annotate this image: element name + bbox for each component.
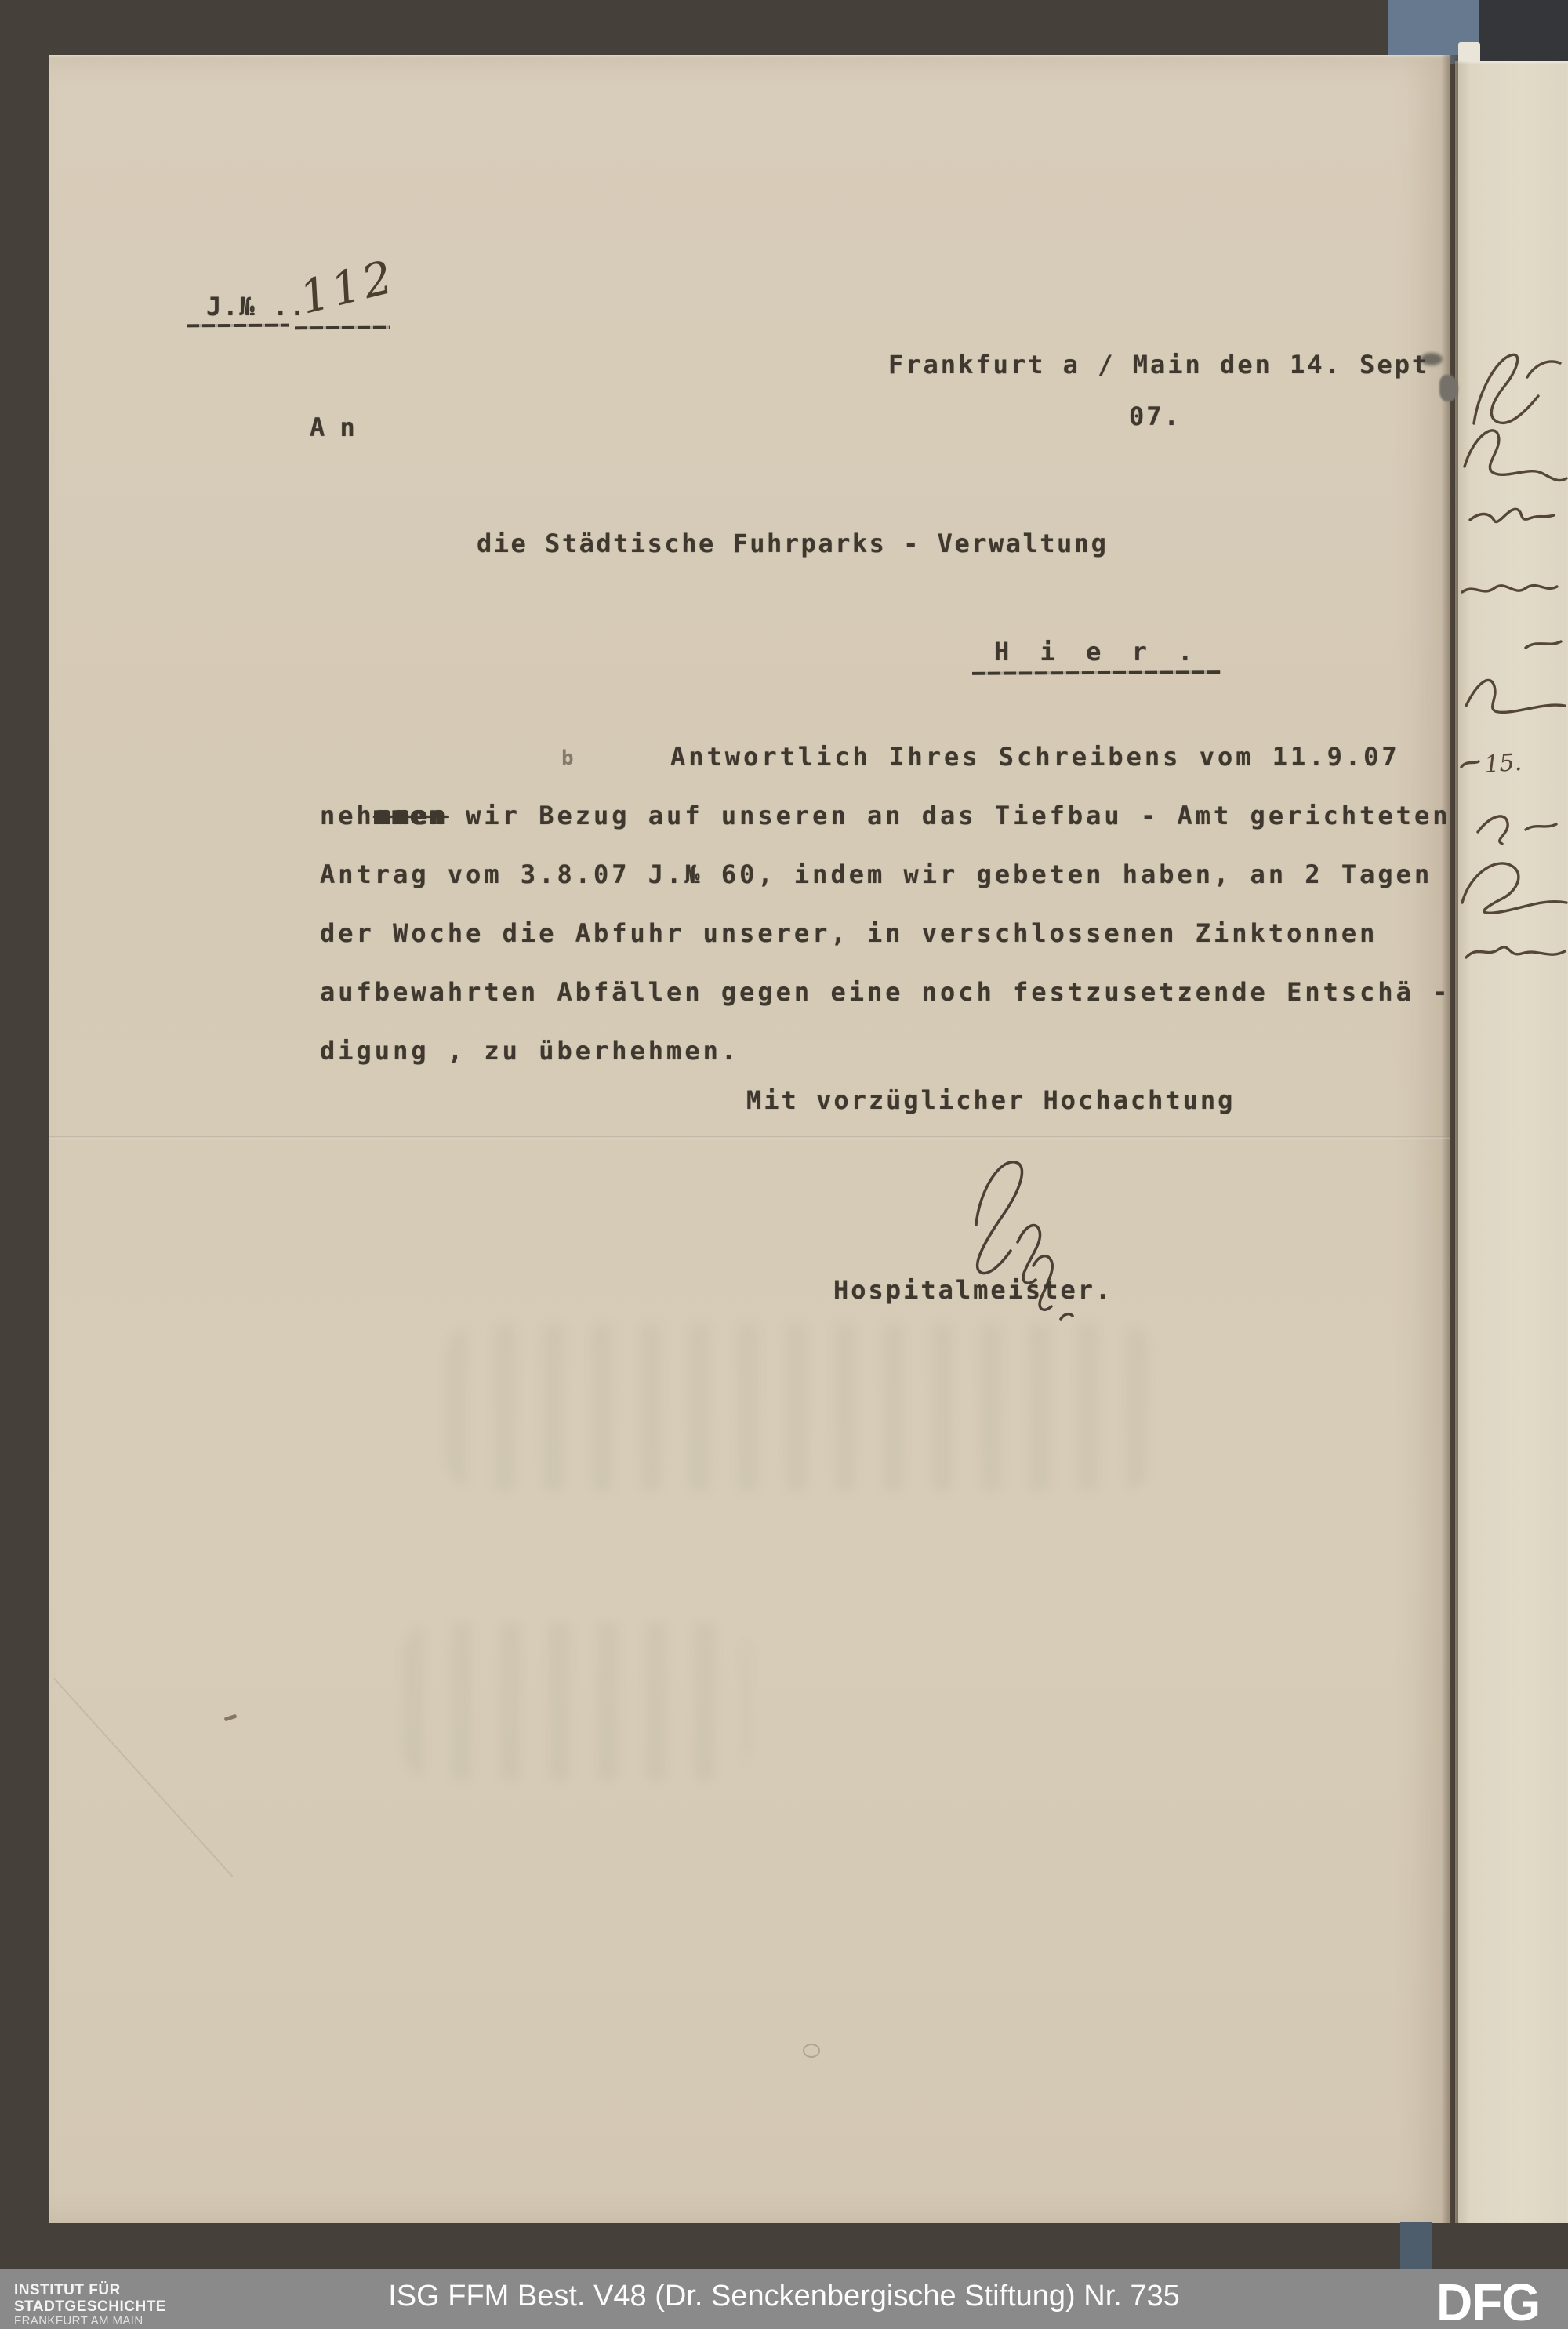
- marginal-handwriting: 15.: [1450, 349, 1568, 992]
- dateline: Frankfurt a / Main den 14. Sept: [888, 350, 1429, 380]
- institute-line1: INSTITUT FÜR: [14, 2283, 166, 2299]
- dfg-logo: DFG: [1436, 2272, 1540, 2329]
- body-line2-prefix: neh: [320, 801, 375, 830]
- body-line: digung , zu überhehmen.: [320, 1036, 739, 1066]
- bookmark-ribbon: [1400, 2222, 1432, 2269]
- closing-line: Mit vorzüglicher Hochachtung: [746, 1085, 1235, 1115]
- institute-logo: INSTITUT FÜR STADTGESCHICHTE FRANKFURT A…: [14, 2283, 166, 2327]
- fold-crease: [49, 1136, 1450, 1139]
- signer-title: Hospitalmeister.: [833, 1275, 1112, 1305]
- body-line: Antrag vom 3.8.07 J.№ 60, indem wir gebe…: [320, 859, 1432, 889]
- ink-bleedthrough: [447, 1325, 1152, 1490]
- body-line: der Woche die Abfuhr unserer, in verschl…: [320, 918, 1377, 948]
- overtyped-strikeout: mmen: [375, 801, 448, 830]
- body-line: aufbewahrten Abfällen gegen eine noch fe…: [320, 977, 1450, 1007]
- journal-number-label: J.№ ..: [206, 292, 307, 322]
- institute-line3: FRANKFURT AM MAIN: [14, 2315, 166, 2327]
- journal-underline: [187, 324, 289, 328]
- body-line: nehmmen wir Bezug auf unseren an das Tie…: [320, 801, 1450, 830]
- stray-paragraph-mark: b: [561, 747, 574, 770]
- archive-footer-bar: INSTITUT FÜR STADTGESCHICHTE FRANKFURT A…: [0, 2269, 1568, 2329]
- recipient-line: die Städtische Fuhrparks - Verwaltung: [477, 529, 1108, 558]
- journal-underline: [295, 326, 390, 330]
- archive-scan: J.№ .. 112 Frankfurt a / Main den 14. Se…: [0, 0, 1568, 2329]
- margin-note-fragment: 15.: [1483, 749, 1523, 779]
- body-line2-rest: wir Bezug auf unseren an das Tiefbau - A…: [448, 801, 1451, 830]
- body-line: Antwortlich Ihres Schreibens vom 11.9.07: [670, 742, 1400, 772]
- ink-bleedthrough: [404, 1623, 749, 1780]
- ink-speck: [803, 2044, 820, 2058]
- institute-line2: STADTGESCHICHTE: [14, 2299, 166, 2316]
- signature-handwritten: [902, 1146, 1105, 1335]
- dateline-year: 07.: [1129, 401, 1181, 431]
- letter-page: [49, 55, 1450, 2223]
- archive-reference: ISG FFM Best. V48 (Dr. Senckenbergische …: [388, 2280, 1180, 2313]
- place-line: H i e r .: [994, 637, 1200, 667]
- dark-corner: [1479, 0, 1568, 63]
- page-tab: [1458, 42, 1480, 63]
- salutation: A n: [310, 412, 355, 442]
